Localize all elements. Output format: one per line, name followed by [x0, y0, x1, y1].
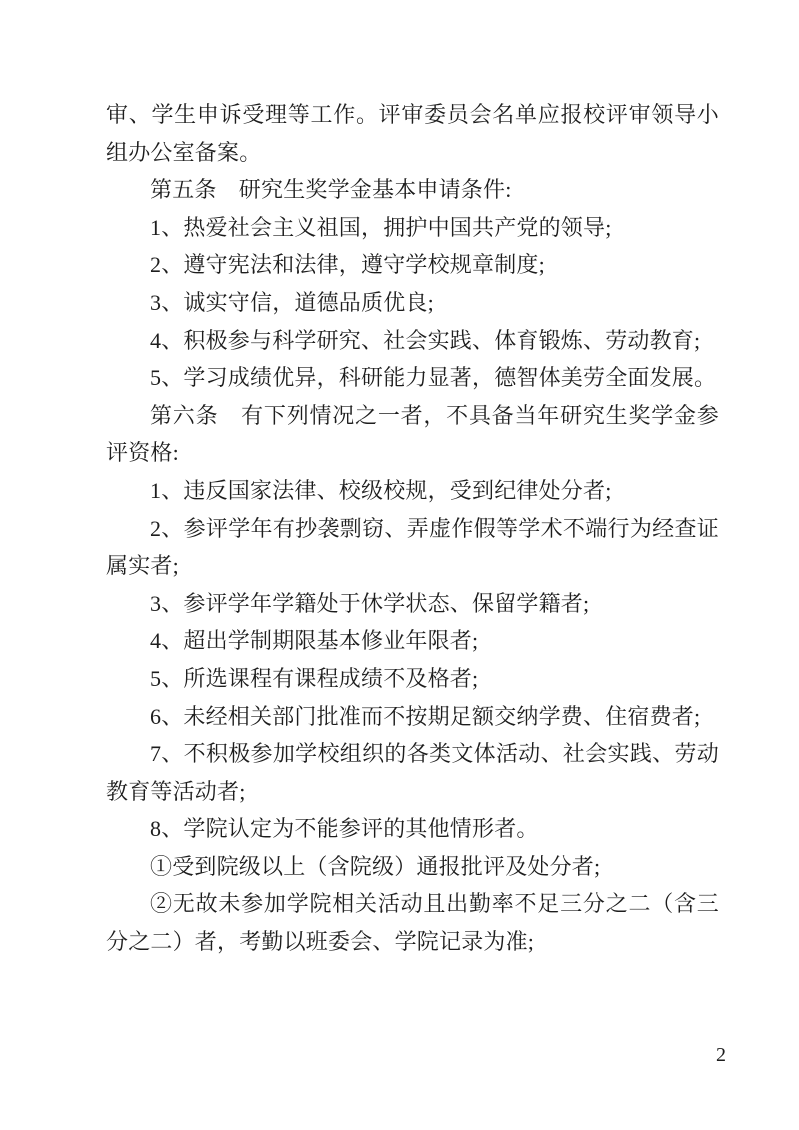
- paragraph-article-5-heading: 第五条 研究生奖学金基本申请条件:: [106, 171, 719, 209]
- paragraph-article-6-subitem-circled-2: ②无故未参加学院相关活动且出勤率不足三分之二（含三分之二）者，考勤以班委会、学院…: [106, 885, 719, 960]
- document-body: 审、学生申诉受理等工作。评审委员会名单应报校评审领导小组办公室备案。 第五条 研…: [106, 96, 719, 961]
- page-number: 2: [706, 1041, 736, 1069]
- paragraph-article-6-item-8: 8、学院认定为不能参评的其他情形者。: [106, 810, 719, 848]
- paragraph-article-6-item-2: 2、参评学年有抄袭剽窃、弄虚作假等学术不端行为经查证属实者;: [106, 510, 719, 585]
- paragraph-article-5-item-1: 1、热爱社会主义祖国，拥护中国共产党的领导;: [106, 209, 719, 247]
- paragraph-article-5-item-4: 4、积极参与科学研究、社会实践、体育锻炼、劳动教育;: [106, 322, 719, 360]
- paragraph-article-6-item-5: 5、所选课程有课程成绩不及格者;: [106, 660, 719, 698]
- paragraph-article-6-item-7: 7、不积极参加学校组织的各类文体活动、社会实践、劳动教育等活动者;: [106, 735, 719, 810]
- paragraph-article-5-item-5: 5、学习成绩优异，科研能力显著，德智体美劳全面发展。: [106, 359, 719, 397]
- paragraph-article-6-item-1: 1、违反国家法律、校级校规，受到纪律处分者;: [106, 472, 719, 510]
- paragraph-continuation: 审、学生申诉受理等工作。评审委员会名单应报校评审领导小组办公室备案。: [106, 96, 719, 171]
- paragraph-article-6-item-3: 3、参评学年学籍处于休学状态、保留学籍者;: [106, 585, 719, 623]
- paragraph-article-5-item-2: 2、遵守宪法和法律，遵守学校规章制度;: [106, 246, 719, 284]
- paragraph-article-5-item-3: 3、诚实守信，道德品质优良;: [106, 284, 719, 322]
- document-page: 审、学生申诉受理等工作。评审委员会名单应报校评审领导小组办公室备案。 第五条 研…: [0, 0, 799, 1130]
- paragraph-article-6-item-6: 6、未经相关部门批准而不按期足额交纳学费、住宿费者;: [106, 698, 719, 736]
- paragraph-article-6-item-4: 4、超出学制期限基本修业年限者;: [106, 622, 719, 660]
- paragraph-article-6-subitem-circled-1: ①受到院级以上（含院级）通报批评及处分者;: [106, 848, 719, 886]
- paragraph-article-6-heading: 第六条 有下列情况之一者，不具备当年研究生奖学金参评资格:: [106, 397, 719, 472]
